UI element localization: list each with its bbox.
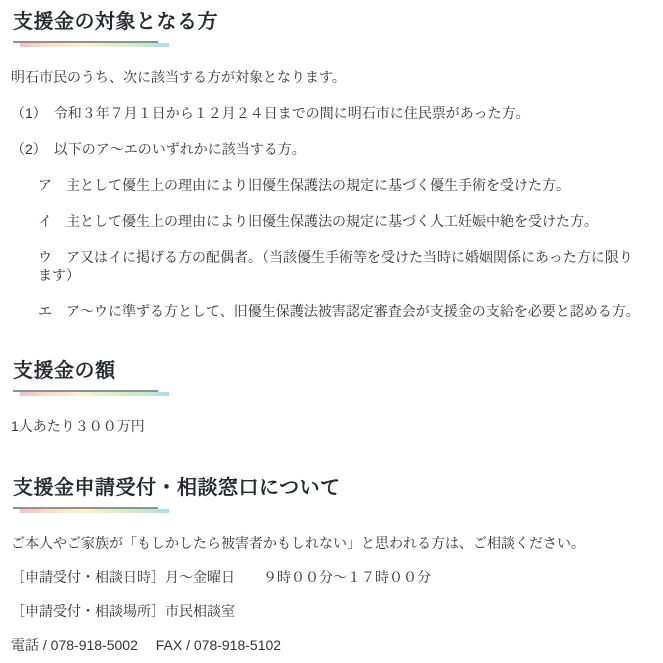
section-contact: 支援金申請受付・相談窓口について ご本人やご家族が「もしかしたら被害者かもしれな… <box>11 475 645 654</box>
contact-hours: ［申請受付・相談日時］月～金曜日 ９時００分～１７時００分 <box>11 568 645 586</box>
contact-location: ［申請受付・相談場所］市民相談室 <box>11 602 645 620</box>
heading-divider <box>13 507 169 514</box>
amount-heading: 支援金の額 <box>11 358 645 384</box>
eligibility-heading: 支援金の対象となる方 <box>11 9 645 35</box>
divider-gradient <box>20 509 169 513</box>
contact-intro: ご本人やご家族が「もしかしたら被害者かもしれない」と思われる方は、ご相談ください… <box>11 534 645 552</box>
divider-gradient <box>20 392 169 396</box>
eligibility-subitem-u: ウ ア又はイに掲げる方の配偶者。（当該優生手術等を受けた当時に婚姻関係にあった方… <box>11 248 645 284</box>
contact-heading: 支援金申請受付・相談窓口について <box>11 475 645 501</box>
eligibility-intro: 明石市民のうち、次に該当する方が対象となります。 <box>11 68 645 86</box>
section-eligibility: 支援金の対象となる方 明石市民のうち、次に該当する方が対象となります。 （1） … <box>11 9 645 320</box>
heading-divider <box>13 390 169 397</box>
eligibility-subitem-e: エ ア～ウに準ずる方として、旧優生保護法被害認定審査会が支援金の支給を必要と認め… <box>11 302 645 320</box>
amount-text: 1人あたり３００万円 <box>11 417 645 435</box>
contact-phone-fax: 電話 / 078-918-5002 FAX / 078-918-5102 <box>11 636 645 654</box>
heading-divider <box>13 41 169 48</box>
section-amount: 支援金の額 1人あたり３００万円 <box>11 358 645 435</box>
eligibility-subitem-a: ア 主として優生上の理由により旧優生保護法の規定に基づく優生手術を受けた方。 <box>11 176 645 194</box>
divider-gradient <box>20 43 169 47</box>
page: 支援金の対象となる方 明石市民のうち、次に該当する方が対象となります。 （1） … <box>0 0 663 654</box>
eligibility-subitem-i: イ 主として優生上の理由により旧優生保護法の規定に基づく人工妊娠中絶を受けた方。 <box>11 212 645 230</box>
eligibility-item-2: （2） 以下のア～エのいずれかに該当する方。 <box>11 140 645 158</box>
eligibility-item-1: （1） 令和３年７月１日から１２月２４日までの間に明石市に住民票があった方。 <box>11 104 645 122</box>
